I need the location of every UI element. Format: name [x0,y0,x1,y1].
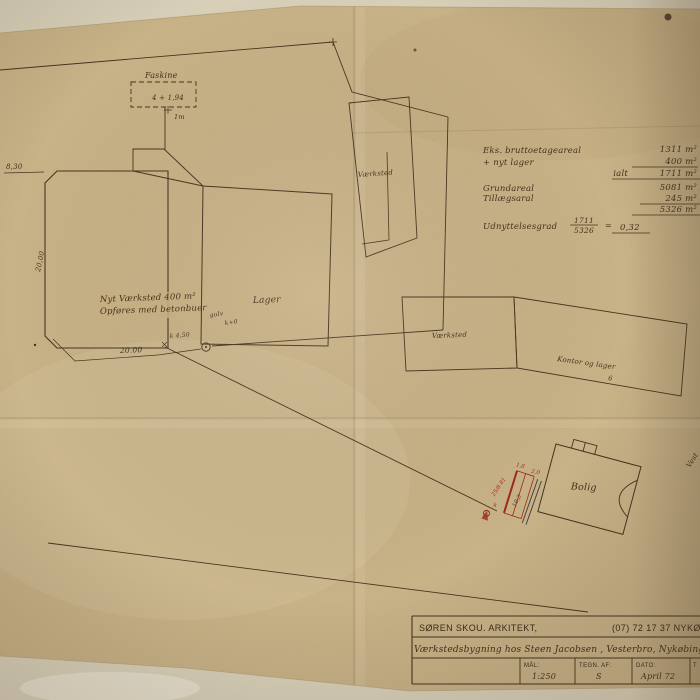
right-edge-shade [0,0,700,700]
site-plan-photo: Faskine 4 + 1,94 1m Nyt Værksted 400 m² … [0,0,700,700]
site-plan-drawing: Faskine 4 + 1,94 1m Nyt Værksted 400 m² … [0,0,700,700]
